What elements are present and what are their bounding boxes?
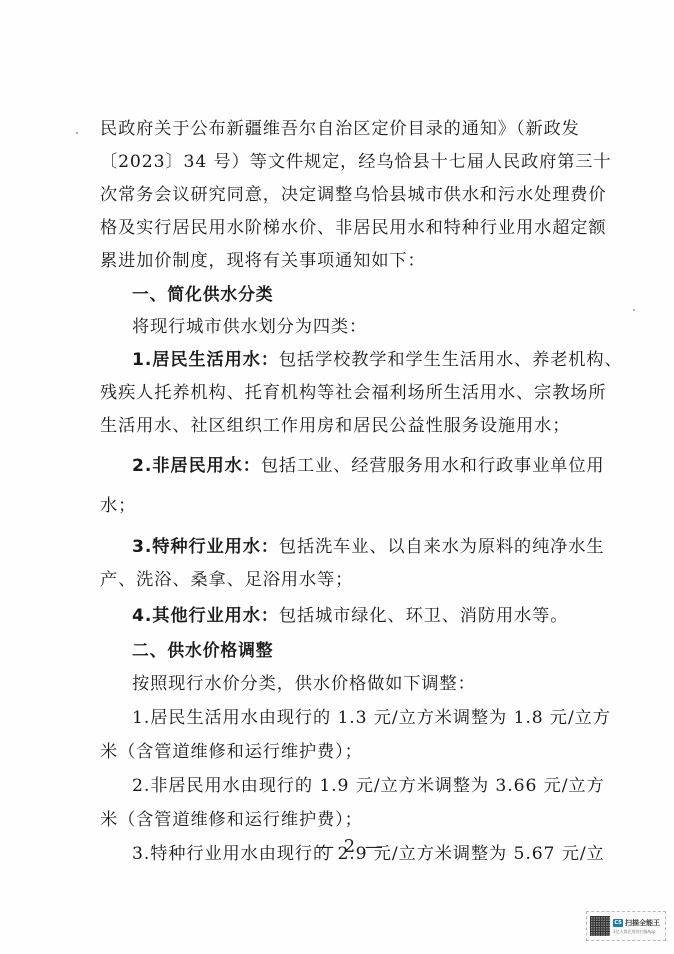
list-item: 3.特种行业用水：包括洗车业、以自来水为原料的纯净水生 (132, 534, 604, 560)
paragraph-line: 累进加价制度，现将有关事项通知如下： (100, 248, 426, 274)
scan-speck (76, 132, 78, 134)
section-heading-1: 一、简化供水分类 (132, 281, 273, 307)
item-lead: 2.非居民用水： (132, 456, 261, 476)
item-lead: 4.其他行业用水： (132, 606, 279, 626)
list-item: 4.其他行业用水：包括城市绿化、环卫、消防用水等。 (132, 603, 568, 629)
watermark-subtitle: 3亿人都在用的扫描App (613, 929, 660, 935)
item-text: 包括学校教学和学生生活用水、养老机构、 (279, 350, 623, 370)
paragraph-line: 水； (100, 493, 136, 519)
price-item-line: 2.非居民用水由现行的 1.9 元/立方米调整为 3.66 元/立方 (132, 773, 605, 799)
item-text: 包括工业、经营服务用水和行政事业单位用 (261, 456, 605, 476)
document-page: 民政府关于公布新疆维吾尔自治区定价目录的通知》（新政发 〔2023〕34 号）等… (0, 0, 674, 954)
price-item-line: 1.居民生活用水由现行的 1.3 元/立方米调整为 1.8 元/立方 (132, 705, 611, 731)
item-text: 包括洗车业、以自来水为原料的纯净水生 (279, 537, 605, 557)
list-item: 2.非居民用水：包括工业、经营服务用水和行政事业单位用 (132, 453, 605, 479)
camscanner-watermark: CS 扫描全能王 3亿人都在用的扫描App (586, 911, 666, 941)
item-lead: 1.居民生活用水： (132, 350, 279, 370)
paragraph-line: 残疾人托养机构、托育机构等社会福利场所生活用水、宗教场所 (100, 380, 606, 406)
watermark-brand: 扫描全能王 (625, 918, 660, 928)
paragraph-line: 产、洗浴、桑拿、足浴用水等； (100, 567, 353, 593)
item-text: 包括城市绿化、环卫、消防用水等。 (279, 606, 568, 626)
paragraph-line: 民政府关于公布新疆维吾尔自治区定价目录的通知》（新政发 (100, 116, 580, 142)
scan-speck (633, 309, 635, 311)
section-heading-2: 二、供水价格调整 (132, 637, 273, 663)
section-intro: 按照现行水价分类，供水价格做如下调整： (132, 671, 476, 697)
paragraph-line: 〔2023〕34 号）等文件规定，经乌恰县十七届人民政府第三十 (100, 149, 611, 175)
qr-code-icon (590, 916, 610, 936)
paragraph-line: 格及实行居民用水阶梯水价、非居民用水和特种行业用水超定额 (100, 215, 606, 241)
list-item: 1.居民生活用水：包括学校教学和学生生活用水、养老机构、 (132, 347, 623, 373)
page-number: — 2 — (316, 836, 385, 857)
section-intro: 将现行城市供水划分为四类： (132, 314, 367, 340)
paragraph-line: 生活用水、社区组织工作用房和居民公益性服务设施用水； (100, 413, 570, 439)
item-lead: 3.特种行业用水： (132, 537, 279, 557)
camscanner-logo-icon: CS (613, 919, 623, 927)
price-item-line: 米（含管道维修和运行维护费）； (100, 807, 363, 833)
paragraph-line: 次常务会议研究同意，决定调整乌恰县城市供水和污水处理费价 (100, 182, 606, 208)
price-item-line: 米（含管道维修和运行维护费）； (100, 739, 363, 765)
